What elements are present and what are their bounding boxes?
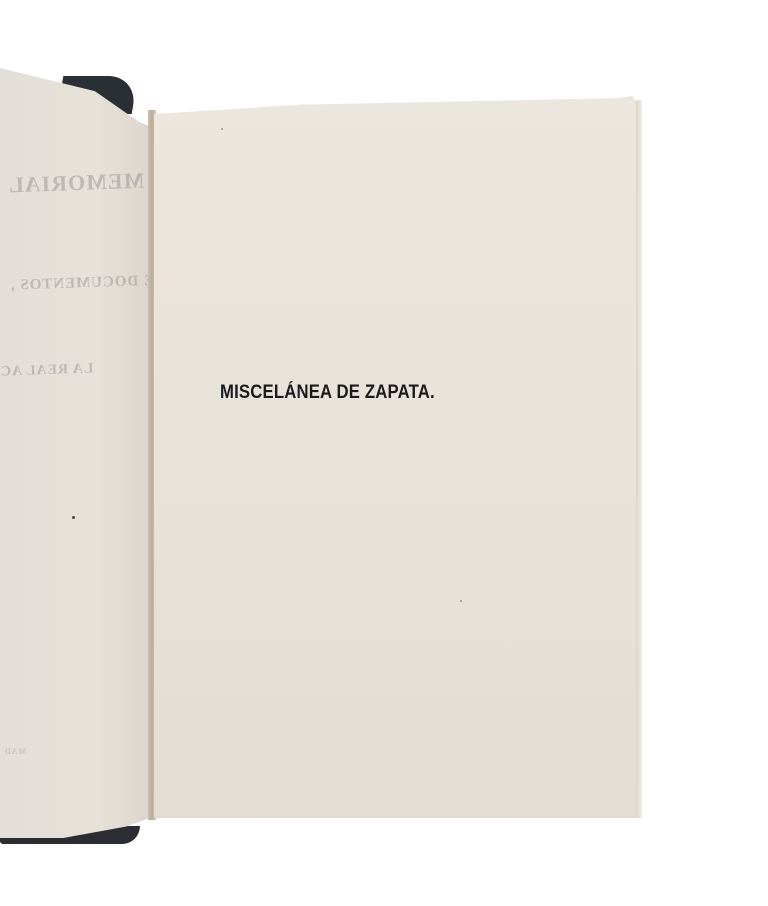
right-page: [154, 96, 642, 818]
show-through-text: MAD: [4, 747, 26, 756]
show-through-text: MEMORIAL: [8, 168, 145, 199]
paper-speck: [221, 128, 223, 130]
page-edge: [636, 100, 642, 818]
page-title: MISCELÁNEA DE ZAPATA.: [220, 382, 435, 404]
paper-speck: [72, 516, 75, 519]
paper-speck: [460, 600, 462, 602]
book-photo: MEMORIAL DE DOCUMENTOS , LA REAL AC MAD …: [0, 0, 768, 906]
show-through-text: LA REAL AC: [0, 361, 94, 380]
